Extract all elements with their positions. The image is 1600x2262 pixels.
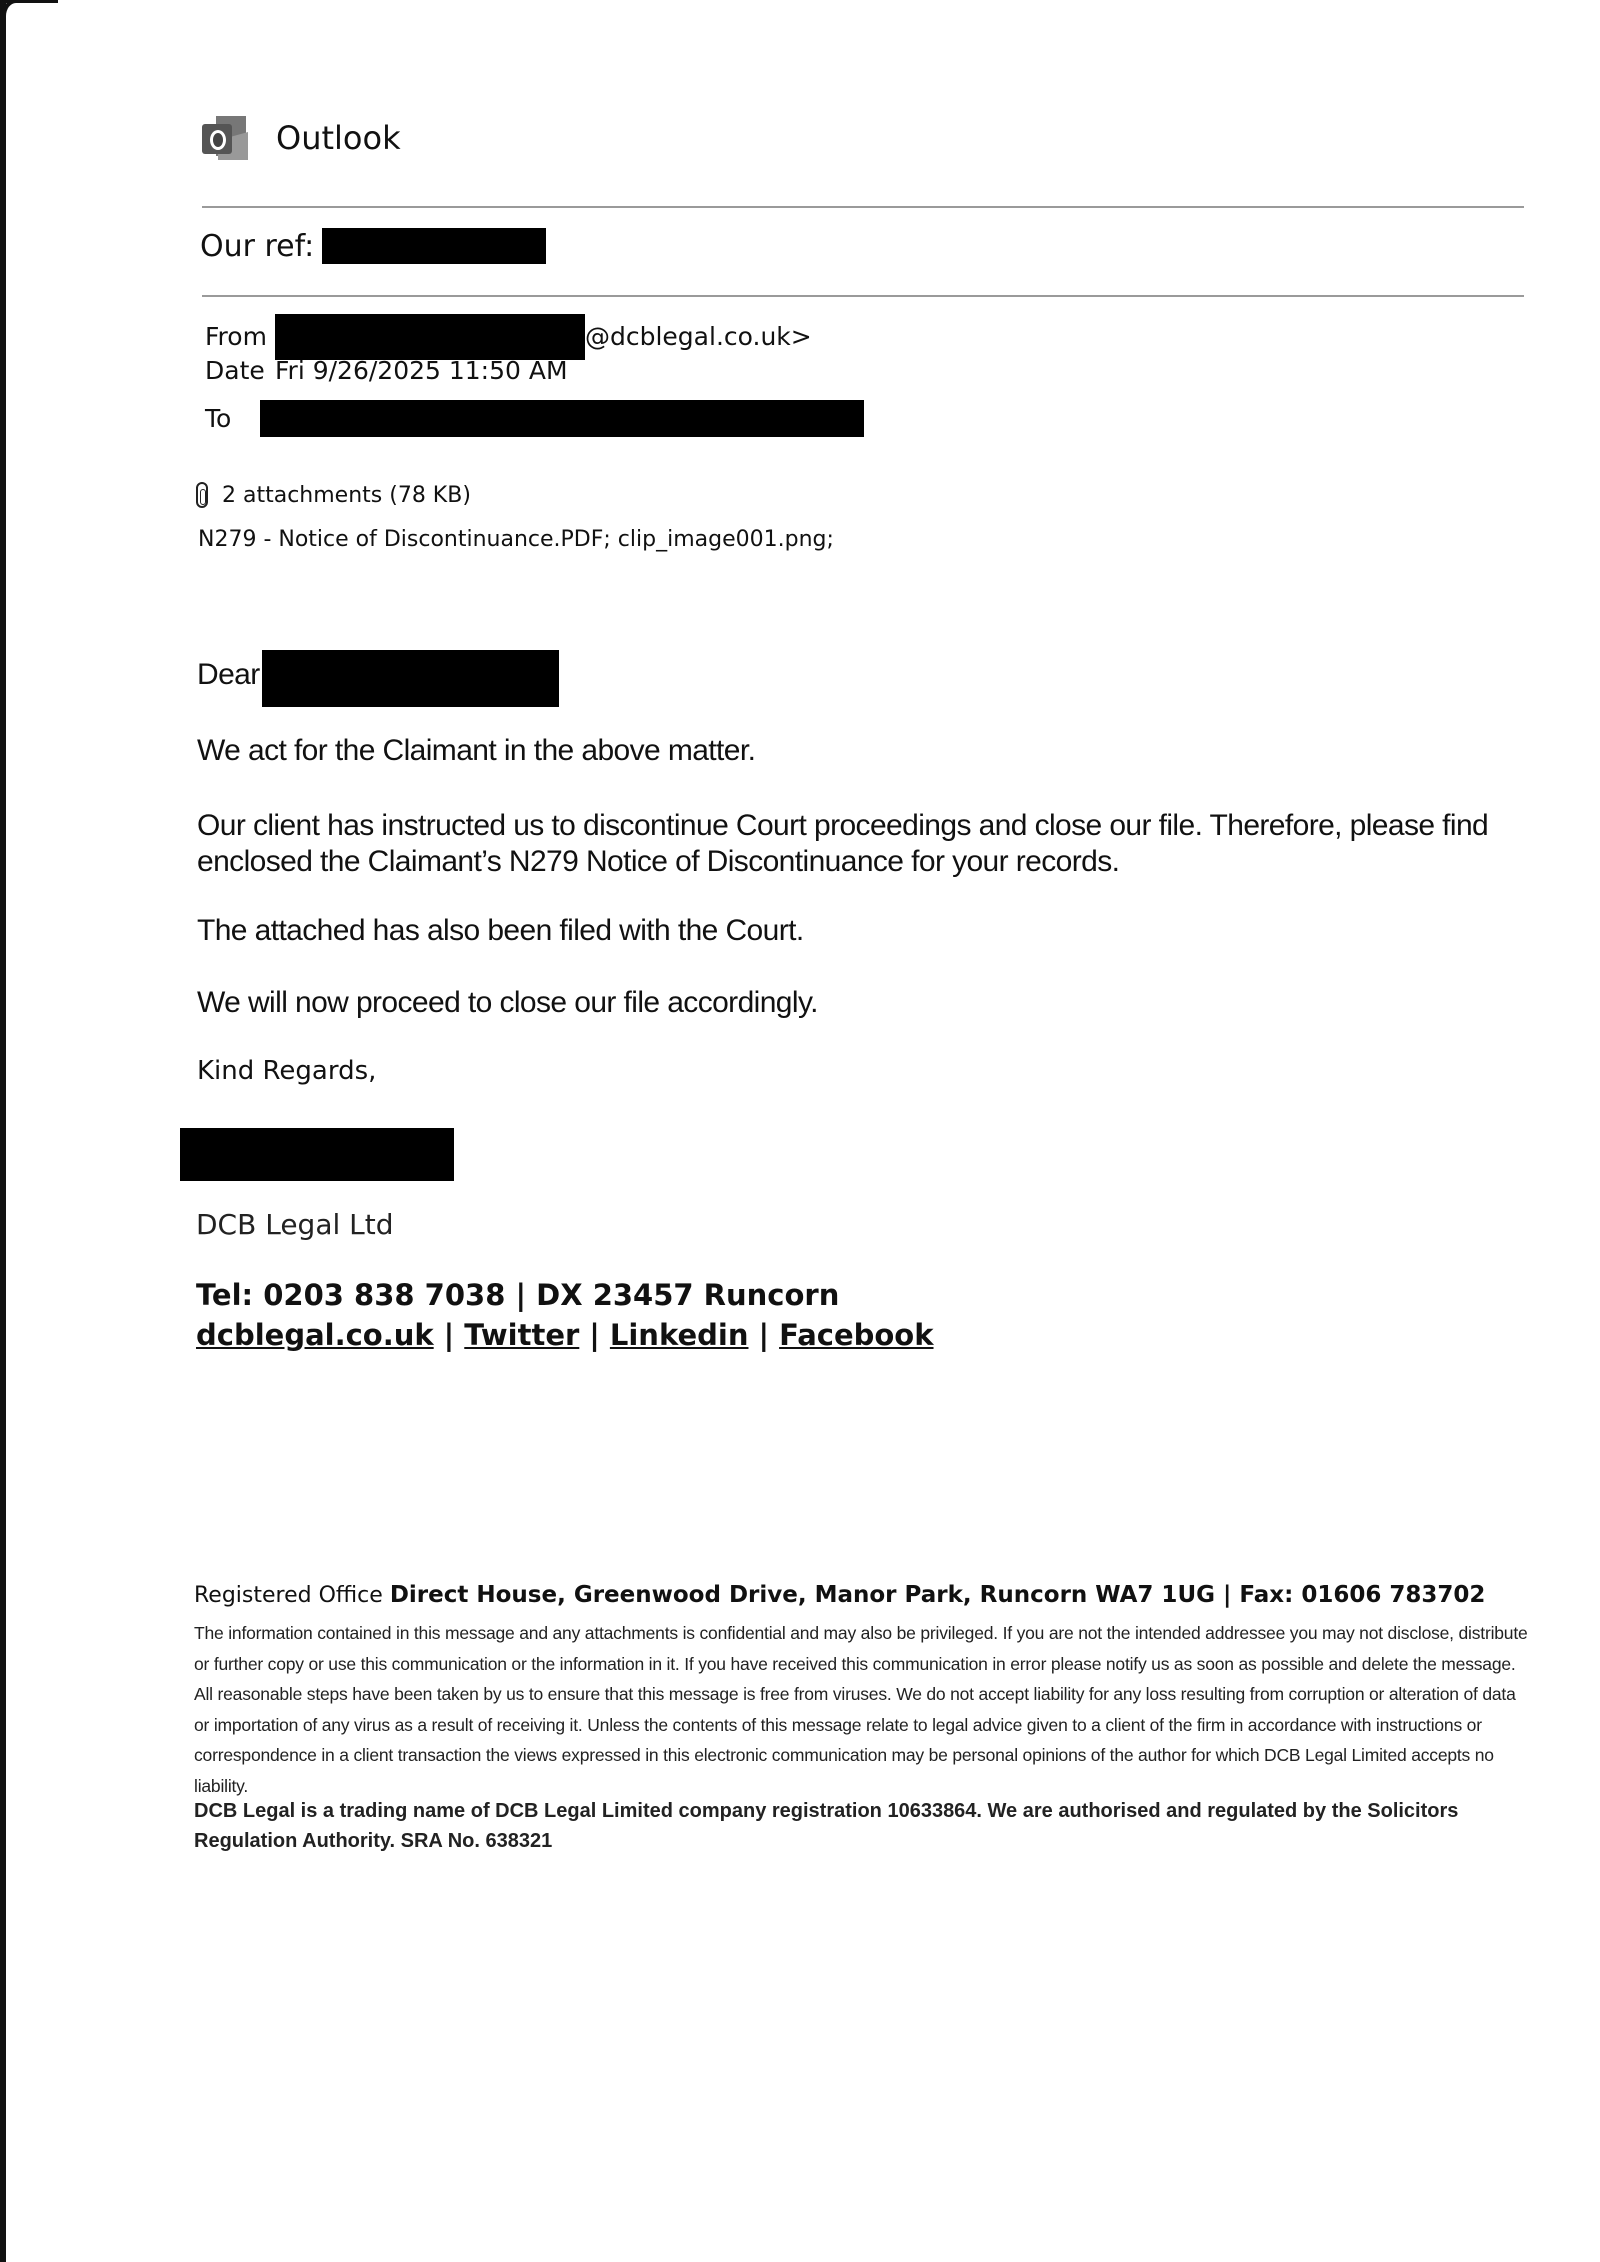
from-row: From @dcblegal.co.uk> [205, 312, 812, 360]
signoff: Kind Regards, [197, 1056, 376, 1086]
redacted-recipient-name [262, 650, 559, 707]
redacted-recipient [260, 400, 864, 437]
paperclip-icon [196, 482, 208, 508]
greeting-text: Dear [197, 658, 260, 692]
scan-edge [0, 0, 6, 2262]
separator: | [589, 1318, 600, 1352]
from-label: From [205, 322, 275, 351]
app-header: Outlook [202, 116, 401, 160]
our-ref-row: Our ref: [200, 228, 546, 264]
signature-company: DCB Legal Ltd [196, 1208, 394, 1241]
date-label: Date [205, 356, 275, 385]
our-ref-label: Our ref: [200, 229, 314, 264]
facebook-link[interactable]: Facebook [779, 1318, 933, 1352]
outlook-logo-icon [202, 116, 248, 160]
date-value: Fri 9/26/2025 11:50 AM [275, 356, 568, 385]
to-row: To [205, 400, 864, 437]
divider [202, 295, 1524, 297]
attachment-file-list: N279 - Notice of Discontinuance.PDF; cli… [198, 527, 834, 552]
signature-links: dcblegal.co.uk|Twitter|Linkedin|Facebook [196, 1318, 934, 1352]
date-row: Date Fri 9/26/2025 11:50 AM [205, 356, 568, 385]
office-label: Registered Office [194, 1583, 383, 1608]
app-title: Outlook [276, 119, 401, 157]
attachment-files[interactable]: N279 - Notice of Discontinuance.PDF; cli… [198, 527, 834, 552]
body-paragraph: We act for the Claimant in the above mat… [197, 734, 755, 768]
greeting: Dear [197, 650, 559, 707]
signature-contact: Tel: 0203 838 7038 | DX 23457 Runcorn [196, 1278, 839, 1312]
registration-note: DCB Legal is a trading name of DCB Legal… [194, 1796, 1534, 1856]
redacted-sender-name [275, 314, 585, 360]
attachments-count: 2 attachments (78 KB) [222, 483, 471, 508]
separator: | [758, 1318, 769, 1352]
body-paragraph: We will now proceed to close our file ac… [197, 986, 818, 1020]
website-link[interactable]: dcblegal.co.uk [196, 1318, 434, 1352]
confidentiality-disclaimer: The information contained in this messag… [194, 1618, 1534, 1801]
separator: | [444, 1318, 455, 1352]
twitter-link[interactable]: Twitter [464, 1318, 579, 1352]
linkedin-link[interactable]: Linkedin [610, 1318, 749, 1352]
sender-domain: @dcblegal.co.uk> [585, 322, 812, 351]
body-paragraph: The attached has also been filed with th… [197, 914, 804, 948]
office-address: Direct House, Greenwood Drive, Manor Par… [390, 1582, 1486, 1608]
redacted-signature-name [180, 1128, 454, 1181]
body-paragraph: Our client has instructed us to disconti… [197, 808, 1557, 880]
registered-office: Registered Office Direct House, Greenwoo… [194, 1582, 1485, 1608]
to-label: To [205, 404, 260, 433]
divider [202, 206, 1524, 208]
redacted-ref [322, 228, 546, 264]
attachments-summary[interactable]: 2 attachments (78 KB) [196, 482, 471, 508]
